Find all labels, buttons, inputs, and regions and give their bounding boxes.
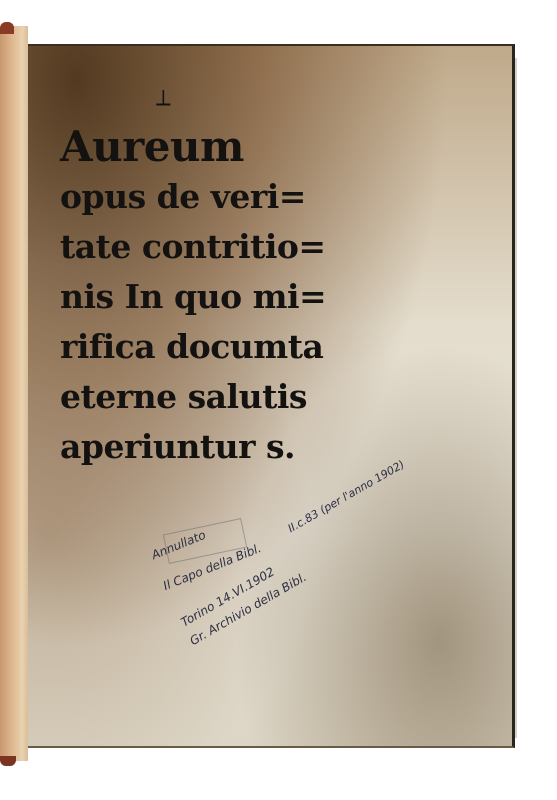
book-binding xyxy=(0,26,28,761)
binding-top-cap xyxy=(0,22,14,34)
title-block: Aureum opus de veri= tate contritio= nis… xyxy=(60,122,360,472)
title-line: opus de veri= xyxy=(60,172,360,222)
ornament-mark: ⟂ xyxy=(156,86,171,111)
title-line: tate contritio= xyxy=(60,222,360,272)
title-line: Aureum xyxy=(60,122,360,172)
title-line: eterne salutis xyxy=(60,372,360,422)
binding-bottom-cap xyxy=(0,756,16,766)
title-line: aperiuntur s. xyxy=(60,422,360,472)
title-line: rifica documta xyxy=(60,322,360,372)
title-line: nis In quo mi= xyxy=(60,272,360,322)
